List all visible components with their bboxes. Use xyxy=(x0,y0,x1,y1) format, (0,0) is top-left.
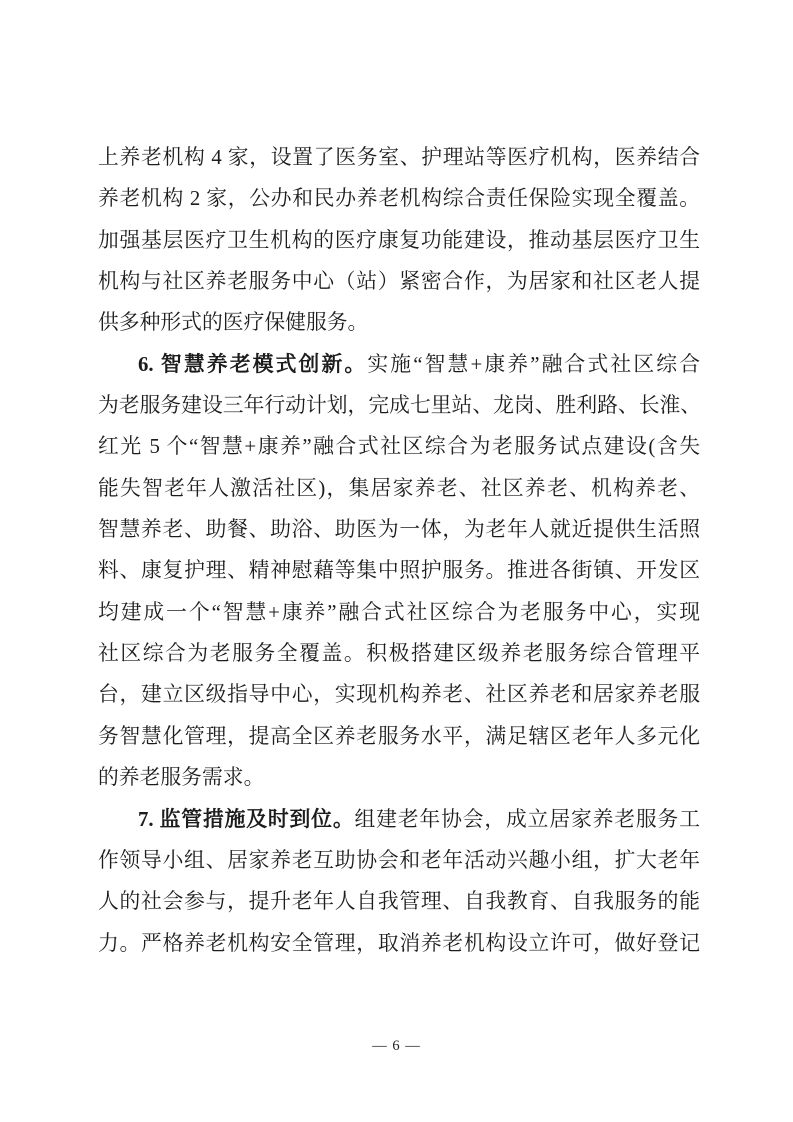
body-text-run: 料、康复护理、精神慰藉等集中照护服务。推进各街镇、开发区 xyxy=(98,559,700,582)
text-line: 料、康复护理、精神慰藉等集中照护服务。推进各街镇、开发区 xyxy=(98,550,700,591)
document-body: 上养老机构 4 家，设置了医务室、护理站等医疗机构，医养结合养老机构 2 家，公… xyxy=(98,137,700,964)
body-text-run: 能失智老年人激活社区)，集居家养老、社区养老、机构养老、 xyxy=(98,477,700,500)
text-line: 7. 监管措施及时到位。组建老年协会，成立居家养老服务工 xyxy=(98,799,700,840)
body-text-run: 社区综合为老服务全覆盖。积极搭建区级养老服务综合管理平 xyxy=(98,642,700,665)
body-text-run: 务智慧化管理，提高全区养老服务水平，满足辖区老年人多元化 xyxy=(98,725,700,748)
text-line: 作领导小组、居家养老互助协会和老年活动兴趣小组，扩大老年 xyxy=(98,840,700,881)
text-line: 社区综合为老服务全覆盖。积极搭建区级养老服务综合管理平 xyxy=(98,633,700,674)
text-line: 红光 5 个“智慧+康养”融合式社区综合为老服务试点建设(含失 xyxy=(98,426,700,467)
text-line: 台，建立区级指导中心，实现机构养老、社区养老和居家养老服 xyxy=(98,674,700,715)
body-text-run: 加强基层医疗卫生机构的医疗康复功能建设，推动基层医疗卫生 xyxy=(98,229,700,252)
body-text-run: 机构与社区养老服务中心（站）紧密合作，为居家和社区老人提 xyxy=(98,270,700,293)
text-line: 供多种形式的医疗保健服务。 xyxy=(98,302,700,343)
text-line: 机构与社区养老服务中心（站）紧密合作，为居家和社区老人提 xyxy=(98,261,700,302)
section-heading: 6. 智慧养老模式创新。 xyxy=(138,353,367,376)
text-line: 上养老机构 4 家，设置了医务室、护理站等医疗机构，医养结合 xyxy=(98,137,700,178)
body-text-run: 组建老年协会，成立居家养老服务工 xyxy=(354,808,700,831)
text-line: 务智慧化管理，提高全区养老服务水平，满足辖区老年人多元化 xyxy=(98,716,700,757)
body-text-run: 养老机构 2 家，公办和民办养老机构综合责任保险实现全覆盖。 xyxy=(98,187,700,210)
document-page: 上养老机构 4 家，设置了医务室、护理站等医疗机构，医养结合养老机构 2 家，公… xyxy=(0,0,793,1122)
paragraph-supervision-measures: 7. 监管措施及时到位。组建老年协会，成立居家养老服务工作领导小组、居家养老互助… xyxy=(98,799,700,964)
body-text-run: 力。严格养老机构安全管理，取消养老机构设立许可，做好登记 xyxy=(98,932,700,955)
text-line: 均建成一个“智慧+康养”融合式社区综合为老服务中心，实现 xyxy=(98,592,700,633)
text-line: 加强基层医疗卫生机构的医疗康复功能建设，推动基层医疗卫生 xyxy=(98,220,700,261)
body-text-run: 智慧养老、助餐、助浴、助医为一体，为老年人就近提供生活照 xyxy=(98,518,700,541)
body-text-run: 的养老服务需求。 xyxy=(98,766,264,789)
text-line: 的养老服务需求。 xyxy=(98,757,700,798)
body-text-run: 上养老机构 4 家，设置了医务室、护理站等医疗机构，医养结合 xyxy=(98,146,700,169)
body-text-run: 均建成一个“智慧+康养”融合式社区综合为老服务中心，实现 xyxy=(98,601,700,624)
paragraph-smart-elderly-care: 6. 智慧养老模式创新。实施“智慧+康养”融合式社区综合为老服务建设三年行动计划… xyxy=(98,344,700,799)
text-line: 为老服务建设三年行动计划，完成七里站、龙岗、胜利路、长淮、 xyxy=(98,385,700,426)
page-number: — 6 — xyxy=(0,1038,793,1055)
body-text-run: 作领导小组、居家养老互助协会和老年活动兴趣小组，扩大老年 xyxy=(98,849,700,872)
body-text-run: 台，建立区级指导中心，实现机构养老、社区养老和居家养老服 xyxy=(98,683,700,706)
text-line: 智慧养老、助餐、助浴、助医为一体，为老年人就近提供生活照 xyxy=(98,509,700,550)
section-heading: 7. 监管措施及时到位。 xyxy=(138,808,354,831)
text-line: 人的社会参与，提升老年人自我管理、自我教育、自我服务的能 xyxy=(98,881,700,922)
body-text-run: 供多种形式的医疗保健服务。 xyxy=(98,311,368,334)
text-line: 养老机构 2 家，公办和民办养老机构综合责任保险实现全覆盖。 xyxy=(98,178,700,219)
body-text-run: 人的社会参与，提升老年人自我管理、自我教育、自我服务的能 xyxy=(98,890,700,913)
body-text-run: 红光 5 个“智慧+康养”融合式社区综合为老服务试点建设(含失 xyxy=(98,435,700,458)
text-line: 6. 智慧养老模式创新。实施“智慧+康养”融合式社区综合 xyxy=(98,344,700,385)
body-text-run: 实施“智慧+康养”融合式社区综合 xyxy=(367,353,700,376)
body-text-run: 为老服务建设三年行动计划，完成七里站、龙岗、胜利路、长淮、 xyxy=(98,394,701,417)
paragraph-medical-integration: 上养老机构 4 家，设置了医务室、护理站等医疗机构，医养结合养老机构 2 家，公… xyxy=(98,137,700,344)
text-line: 能失智老年人激活社区)，集居家养老、社区养老、机构养老、 xyxy=(98,468,700,509)
text-line: 力。严格养老机构安全管理，取消养老机构设立许可，做好登记 xyxy=(98,923,700,964)
